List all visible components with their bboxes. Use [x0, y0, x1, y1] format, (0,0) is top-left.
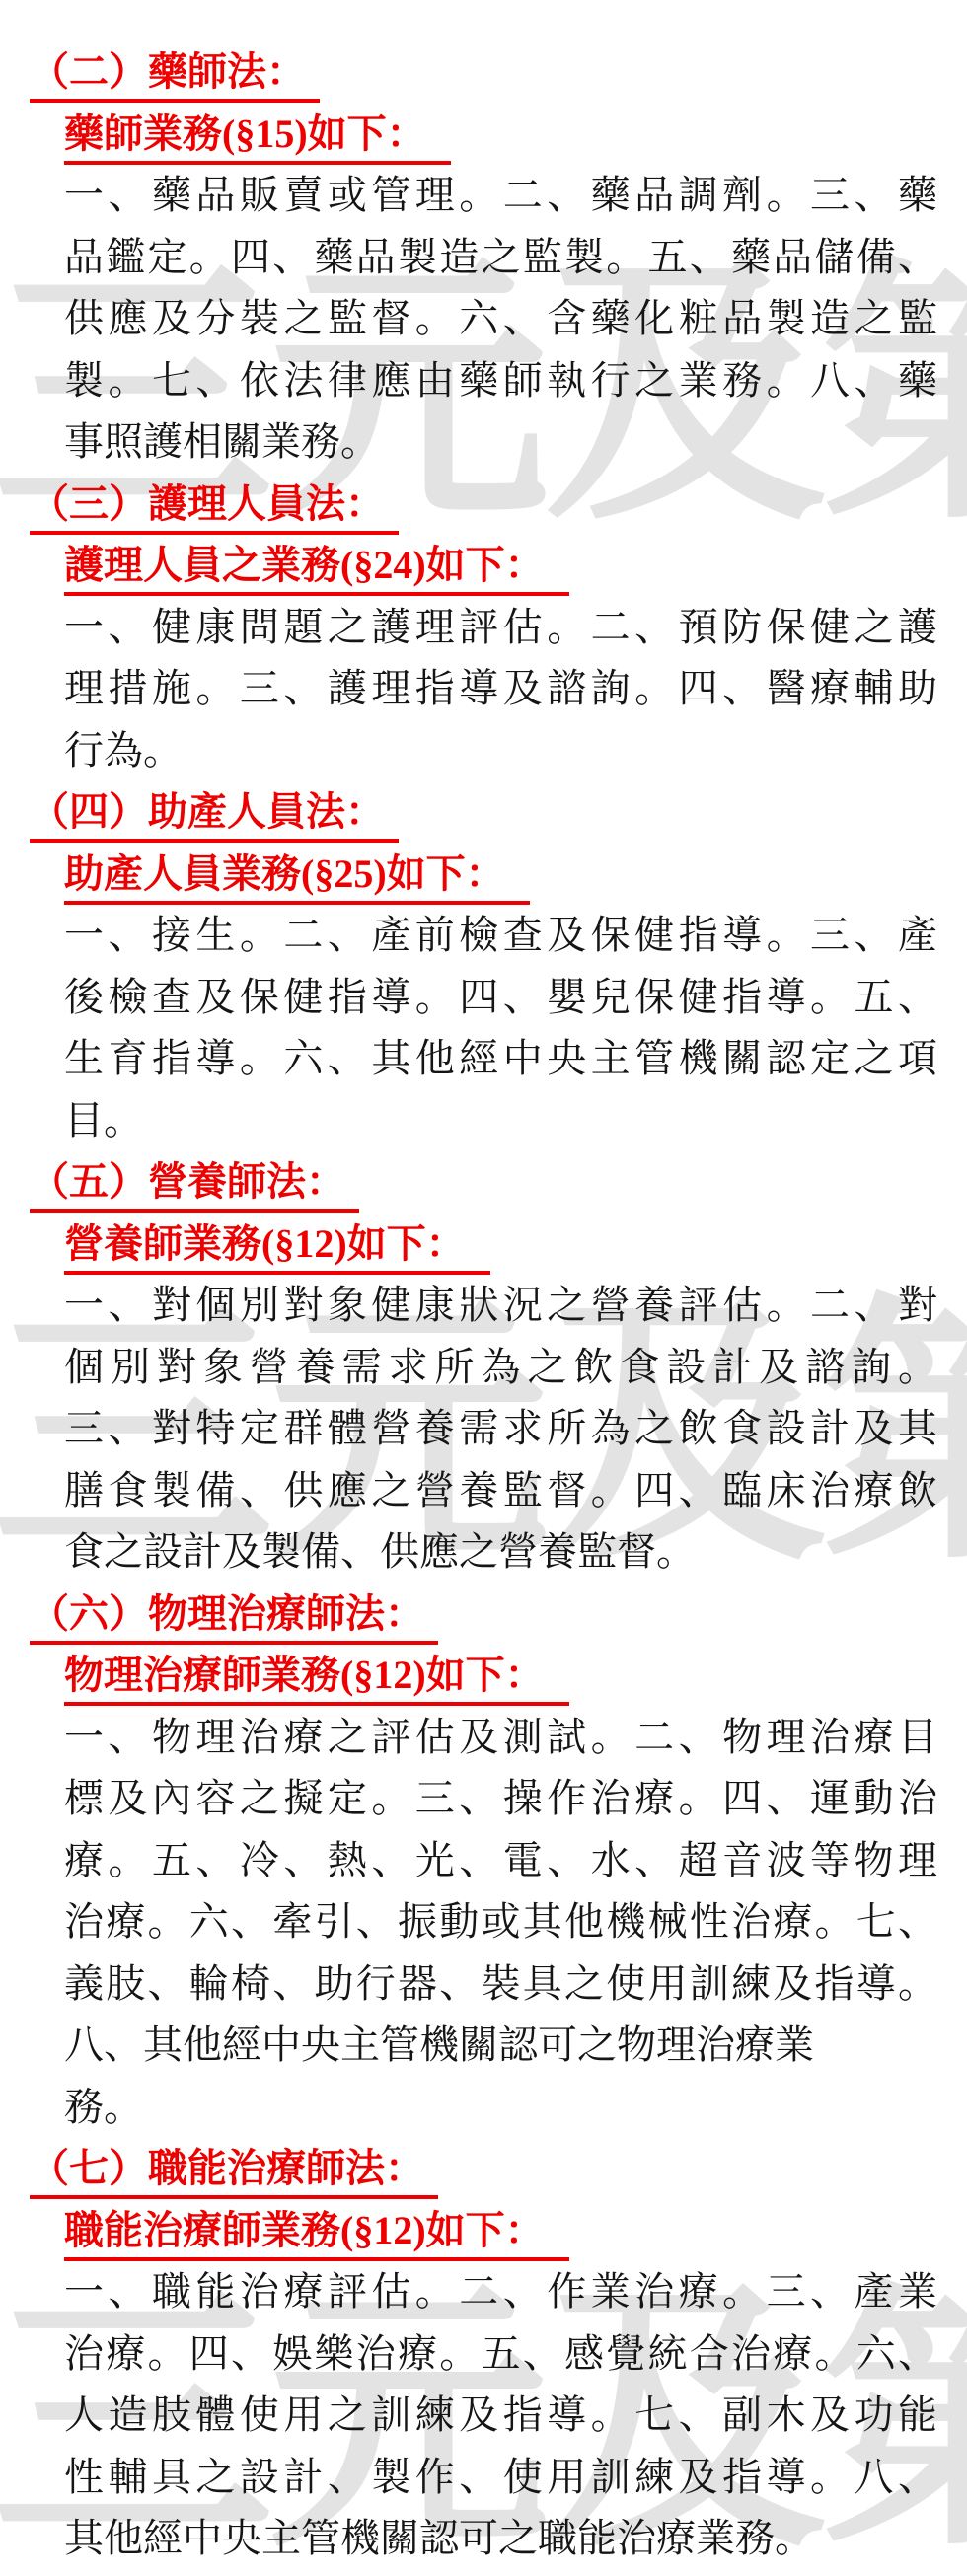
- body-line: 義肢、輪椅、助行器、裝具之使用訓練及指導。: [64, 1953, 937, 2016]
- body-line: 其他經中央主管機關認可之職能治療業務。: [64, 2508, 937, 2570]
- body-line: 目。: [64, 1090, 937, 1152]
- section-heading-occupational-therapist-act: （七）職能治療師法：: [0, 2138, 967, 2200]
- document-content: （二）藥師法： 藥師業務(§15)如下： 一、藥品販賣或管理。二、藥品調劑。三、…: [0, 41, 967, 2570]
- body-line: 一、物理治療之評估及測試。二、物理治療目: [64, 1707, 937, 1769]
- heading-text: （七）職能治療師法：: [30, 2144, 438, 2199]
- section-heading-dietitian-act: （五）營養師法：: [0, 1151, 967, 1214]
- body-line: 治療。六、牽引、振動或其他機械性治療。七、: [64, 1891, 937, 1953]
- body-line: 一、接生。二、產前檢查及保健指導。三、產: [64, 905, 937, 967]
- section-heading-midwifery-personnel-act: （四）助產人員法：: [0, 781, 967, 844]
- body-line: 療。五、冷、熱、光、電、水、超音波等物理: [64, 1830, 937, 1892]
- section-subheading-dietitian-duties: 營養師業務(§12)如下：: [0, 1214, 967, 1276]
- body-line: 個別對象營養需求所為之飲食設計及諮詢。: [64, 1337, 937, 1399]
- body-line: 生育指導。六、其他經中央主管機關認定之項: [64, 1028, 937, 1090]
- section-heading-pharmacist-act: （二）藥師法：: [0, 41, 967, 104]
- section-subheading-occupational-therapist-duties: 職能治療師業務(§12)如下：: [0, 2200, 967, 2262]
- heading-text: （二）藥師法：: [30, 47, 320, 103]
- body-line: 標及內容之擬定。三、操作治療。四、運動治: [64, 1768, 937, 1830]
- body-line: 膳食製備、供應之營養監督。四、臨床治療飲: [64, 1460, 937, 1522]
- section-subheading-nursing-duties: 護理人員之業務(§24)如下：: [0, 535, 967, 597]
- heading-text: （四）助產人員法：: [30, 787, 399, 843]
- document-page: 三元及第 三元及第 三元及第 （二）藥師法： 藥師業務(§15)如下： 一、藥品…: [0, 0, 967, 2576]
- subheading-text: 藥師業務(§15)如下：: [64, 110, 451, 165]
- body-line: 三、對特定群體營養需求所為之飲食設計及其: [64, 1398, 937, 1460]
- subheading-text: 護理人員之業務(§24)如下：: [64, 541, 569, 596]
- body-line: 一、藥品販賣或管理。二、藥品調劑。三、藥: [64, 165, 937, 227]
- section-heading-nursing-personnel-act: （三）護理人員法：: [0, 474, 967, 536]
- subheading-text: 職能治療師業務(§12)如下：: [64, 2206, 569, 2261]
- section-subheading-pharmacist-duties: 藥師業務(§15)如下：: [0, 104, 967, 166]
- body-line: 一、職能治療評估。二、作業治療。三、產業: [64, 2261, 937, 2323]
- section-subheading-physical-therapist-duties: 物理治療師業務(§12)如下：: [0, 1645, 967, 1707]
- body-line: 事照護相關業務。: [64, 411, 937, 474]
- body-line: 理措施。三、護理指導及諮詢。四、醫療輔助: [64, 658, 937, 720]
- body-line: 人造肢體使用之訓練及指導。七、副木及功能: [64, 2385, 937, 2447]
- section-heading-physical-therapist-act: （六）物理治療師法：: [0, 1583, 967, 1646]
- section-subheading-midwifery-duties: 助產人員業務(§25)如下：: [0, 844, 967, 906]
- heading-text: （三）護理人員法：: [30, 479, 399, 535]
- body-line: 治療。四、娛樂治療。五、感覺統合治療。六、: [64, 2323, 937, 2386]
- subheading-text: 助產人員業務(§25)如下：: [64, 849, 530, 905]
- body-line: 供應及分裝之監督。六、含藥化粧品製造之監: [64, 288, 937, 350]
- body-line: 一、對個別對象健康狀況之營養評估。二、對: [64, 1275, 937, 1337]
- heading-text: （六）物理治療師法：: [30, 1589, 438, 1645]
- body-line: 一、健康問題之護理評估。二、預防保健之護: [64, 597, 937, 659]
- body-line: 品鑑定。四、藥品製造之監製。五、藥品儲備、: [64, 227, 937, 289]
- body-line: 性輔具之設計、製作、使用訓練及指導。八、: [64, 2447, 937, 2509]
- body-line: 食之設計及製備、供應之營養監督。: [64, 1521, 937, 1583]
- body-line: 製。七、依法律應由藥師執行之業務。八、藥: [64, 350, 937, 412]
- body-line: 務。: [64, 2077, 937, 2139]
- heading-text: （五）營養師法：: [30, 1157, 359, 1213]
- body-line: 行為。: [64, 720, 937, 782]
- body-line: 後檢查及保健指導。四、嬰兒保健指導。五、: [64, 967, 937, 1029]
- body-line: 八、其他經中央主管機關認可之物理治療業: [64, 2015, 937, 2077]
- subheading-text: 物理治療師業務(§12)如下：: [64, 1651, 569, 1706]
- subheading-text: 營養師業務(§12)如下：: [64, 1219, 490, 1275]
